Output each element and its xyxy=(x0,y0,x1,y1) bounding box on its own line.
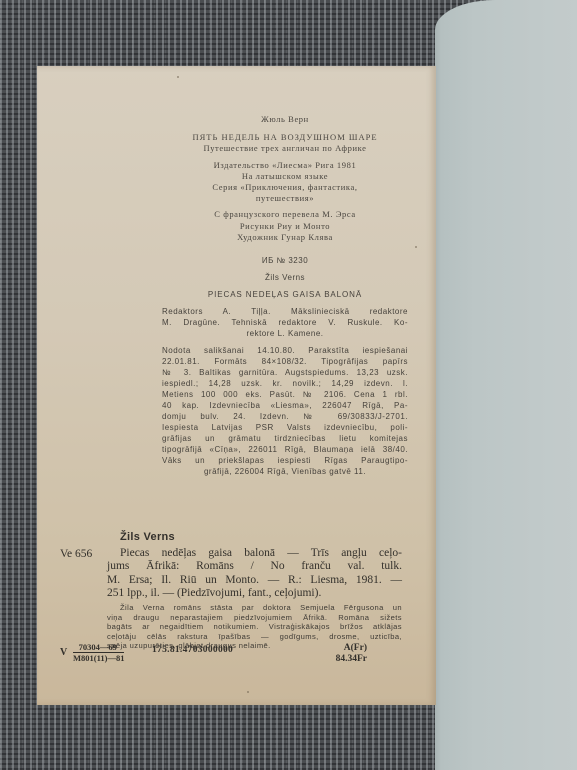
translation-ru: С французского перевела М. Эрса xyxy=(162,209,408,220)
title-lv: PIECAS NEDEĻAS GAISA BALONĀ xyxy=(162,289,408,300)
production-line: Nodota salikšanai 14.10.80. Parakstīta i… xyxy=(162,345,408,356)
title-ru: ПЯТЬ НЕДЕЛЬ НА ВОЗДУШНОМ ШАРЕ xyxy=(162,132,408,143)
publisher-ru: Издательство «Лиесма» Рига 1981 xyxy=(162,160,408,171)
paper-fleck xyxy=(247,691,249,693)
illustrations-ru: Рисунки Риу и Монто xyxy=(162,221,408,232)
production-line: 22.01.81. Formāts 84×108/32. Tipogrāfija… xyxy=(162,356,408,367)
production-line: iespiedl.; 14,28 uzsk. kr. novilk.; 14,2… xyxy=(162,378,408,389)
language-ru: На латышском языке xyxy=(162,171,408,182)
catalog-price: A(Fr) 84.34Fr xyxy=(304,643,367,665)
production-line: grāfijas un grāmatu tirdzniecības lietu … xyxy=(162,433,408,444)
paper-fleck xyxy=(177,76,179,78)
production-line: Metiens 100 000 eks. Pasūt. № 2106. Cena… xyxy=(162,389,408,400)
production-line: 40 kap. Izdevniecība «Liesma», 226047 Rī… xyxy=(162,400,408,411)
catalog-entry: Piecas nedēļas gaisa balonā — Trīs angļu… xyxy=(107,547,402,600)
latvian-imprint: ИБ № 3230 Žils Verns PIECAS NEDEĻAS GAIS… xyxy=(162,255,408,477)
catalog-code: Ve 656 xyxy=(60,548,92,560)
catalog-v-letter: V xyxy=(60,647,67,658)
catalog-author: Žils Verns xyxy=(120,531,175,543)
editors-line: M. Dragūne. Tehniskā redaktore V. Ruskul… xyxy=(162,317,408,328)
annotation-line: bagāts ar negaidītiem notikumiem. Vistra… xyxy=(107,622,402,632)
series-ru-1: Серия «Приключения, фантастика, xyxy=(162,182,408,193)
production-line: domju bulv. 24. Izdevn. № 69/30833/J-270… xyxy=(162,411,408,422)
author-ru: Жюль Верн xyxy=(162,114,408,125)
entry-line: Piecas nedēļas gaisa balonā — Trīs angļu… xyxy=(107,547,402,560)
editors-line: Redaktors A. Tiļļa. Mākslinieciskā redak… xyxy=(162,306,408,317)
fraction-denominator: M801(11)—81 xyxy=(73,653,124,663)
production-line: tipogrāfijā «Cīņa», 226011 Rīgā, Blaumaņ… xyxy=(162,444,408,455)
production-line-last: grāfijā, 226004 Rīgā, Vienības gatvē 11. xyxy=(162,466,408,477)
annotation-line: viņa draugu neparastajiem piedzīvojumiem… xyxy=(107,613,402,623)
endpaper-right xyxy=(435,0,577,770)
ib-number: ИБ № 3230 xyxy=(162,255,408,266)
book-page: Жюль Верн ПЯТЬ НЕДЕЛЬ НА ВОЗДУШНОМ ШАРЕ … xyxy=(37,66,436,705)
catalog-udc-number: 175.81.4703000000 xyxy=(152,645,233,655)
fraction-numerator: 70304—69 xyxy=(73,642,124,653)
editors-line-last: rektore L. Kamene. xyxy=(162,328,408,339)
artist-ru: Художник Гунар Клява xyxy=(162,232,408,243)
annotation-line: Žila Verna romāns stāsta par doktora Sem… xyxy=(107,603,402,613)
series-ru-2: путешествия» xyxy=(162,193,408,204)
russian-imprint: Жюль Верн ПЯТЬ НЕДЕЛЬ НА ВОЗДУШНОМ ШАРЕ … xyxy=(162,114,408,243)
production-block: Nodota salikšanai 14.10.80. Parakstīta i… xyxy=(162,345,408,477)
paper-fleck xyxy=(415,246,417,248)
editors-block: Redaktors A. Tiļļa. Mākslinieciskā redak… xyxy=(162,306,408,339)
annotation-line: ceļotāju cēlās rakstura īpašības — godīg… xyxy=(107,632,402,642)
production-line: Iespiesta Latvijas PSR Valsts izdevniecī… xyxy=(162,422,408,433)
entry-line: 251 lpp., il. — (Piedzīvojumi, fant., ce… xyxy=(107,587,402,600)
subtitle-ru: Путешествие трех англичан по Африке xyxy=(162,143,408,154)
price-class: A(Fr) xyxy=(304,643,367,654)
entry-line: M. Ersa; Il. Riū un Monto. — R.: Liesma,… xyxy=(107,574,402,587)
entry-line: jums Āfrikā: Romāns / No franču val. tul… xyxy=(107,560,402,573)
catalog-fraction: 70304—69 M801(11)—81 xyxy=(73,642,124,663)
production-line: № 3. Baltikas garnitūra. Augstspiedums. … xyxy=(162,367,408,378)
price-code: 84.34Fr xyxy=(304,654,367,665)
production-line: Vāks un priekšlapas iespiesti Rīgas Para… xyxy=(162,455,408,466)
author-lv: Žils Verns xyxy=(162,272,408,283)
